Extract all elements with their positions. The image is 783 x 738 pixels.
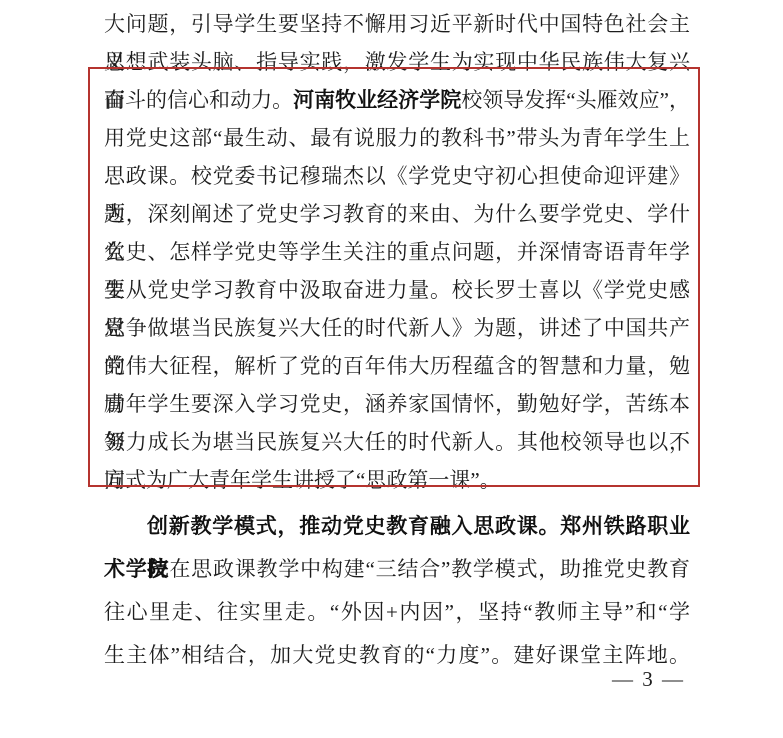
text-line: 恩争做堪当民族复兴大任的时代新人》为题，讲述了中国共产党 bbox=[104, 309, 690, 347]
text-line: 党史、怎样学党史等学生关注的重点问题，并深情寄语青年学生 bbox=[104, 233, 690, 271]
body-text: 在思政课教学中构建“三结合”教学模式，助推党史教育 bbox=[169, 557, 690, 581]
text-line: 思政课。校党委书记穆瑞杰以《学党史守初心担使命迎评建》为 bbox=[104, 157, 690, 195]
body-text: 校领导发挥“头雁效应”， bbox=[461, 88, 690, 112]
text-line: 创新教学模式，推动党史教育融入思政课。郑州铁路职业技 bbox=[104, 505, 690, 548]
text-line: 奋斗的信心和动力。河南牧业经济学院校领导发挥“头雁效应”， bbox=[104, 81, 690, 119]
text-line: 青年学生要深入学习党史，涵养家国情怀，勤勉好学，苦练本领， bbox=[104, 385, 690, 423]
text-lines: 大问题，引导学生要坚持不懈用习近平新时代中国特色社会主义思想武装头脑、指导实践，… bbox=[104, 5, 690, 677]
text-line: 方式为广大青年学生讲授了“思政第一课”。 bbox=[104, 461, 690, 499]
body-text: 往心里走、往实里走。“外因+内因”，坚持“教师主导”和“学 bbox=[104, 600, 690, 624]
bold-text: 术学院 bbox=[104, 557, 169, 581]
text-line: 大问题，引导学生要坚持不懈用习近平新时代中国特色社会主义 bbox=[104, 5, 690, 43]
bold-text: 河南牧业经济学院 bbox=[293, 88, 461, 112]
text-line: 术学院在思政课教学中构建“三结合”教学模式，助推党史教育 bbox=[104, 548, 690, 591]
body-text: 用党史这部“最生动、最有说服力的教科书”带头为青年学生上 bbox=[104, 126, 690, 150]
page-number: — 3 — bbox=[612, 664, 685, 694]
text-line: 题，深刻阐述了党史学习教育的来由、为什么要学党史、学什么 bbox=[104, 195, 690, 233]
text-line: 思想武装头脑、指导实践，激发学生为实现中华民族伟大复兴而 bbox=[104, 43, 690, 81]
body-text: 方式为广大青年学生讲授了“思政第一课”。 bbox=[104, 468, 501, 492]
body-text: 生主体”相结合，加大党史教育的“力度”。建好课堂主阵地。 bbox=[104, 643, 690, 667]
text-line: 要从党史学习教育中汲取奋进力量。校长罗士喜以《学党史感党 bbox=[104, 271, 690, 309]
text-line: 努力成长为堪当民族复兴大任的时代新人。其他校领导也以不同 bbox=[104, 423, 690, 461]
text-line: 的伟大征程，解析了党的百年伟大历程蕴含的智慧和力量，勉励 bbox=[104, 347, 690, 385]
text-line: 用党史这部“最生动、最有说服力的教科书”带头为青年学生上 bbox=[104, 119, 690, 157]
text-line: 往心里走、往实里走。“外因+内因”，坚持“教师主导”和“学 bbox=[104, 591, 690, 634]
text-line: 生主体”相结合，加大党史教育的“力度”。建好课堂主阵地。 bbox=[104, 634, 690, 677]
body-text: 奋斗的信心和动力。 bbox=[104, 88, 293, 112]
document-page: 大问题，引导学生要坚持不懈用习近平新时代中国特色社会主义思想武装头脑、指导实践，… bbox=[0, 0, 783, 738]
